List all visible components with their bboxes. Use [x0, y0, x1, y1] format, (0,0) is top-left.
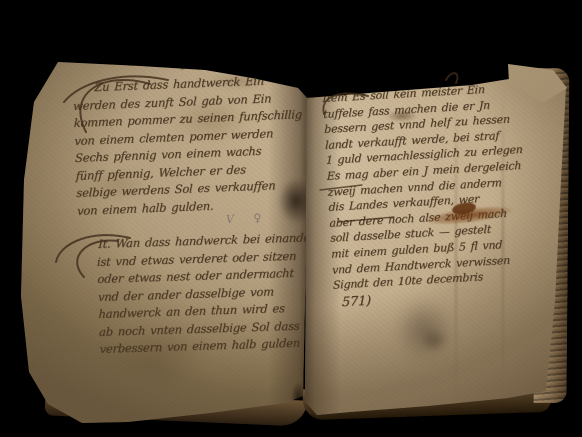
handwritten-line: von einem clemten pomer werden — [74, 124, 303, 150]
handwritten-line: Item Es soll kein meister Ein — [322, 80, 519, 107]
handwritten-line: werden des zunft Sol gab von Ein — [73, 89, 302, 115]
handwritten-line: vnd der ander dasselbige vom — [98, 282, 318, 306]
page-crease — [455, 95, 457, 400]
ink-blob-stain — [451, 201, 477, 216]
handwritten-line: von einem halb gulden. — [77, 194, 306, 220]
handwritten-line: Signdt den 10te decembris — [333, 267, 530, 294]
handwritten-line: fünff pfennig, Welcher er des — [75, 159, 304, 185]
left-page-number: 18. — [180, 60, 197, 73]
handwritten-line: oder etwas nest oder andermacht — [97, 264, 317, 288]
gutter-shadow-left — [268, 78, 308, 412]
handwritten-line: 1 guld vernachlessiglich zu erlegen — [326, 142, 523, 169]
handwritten-line: Es mag aber ein J mein dergeleich — [327, 158, 524, 185]
handwritten-line: aber dere noch alse zweij mach — [329, 205, 526, 232]
handwritten-line: It. Wan dass handwerck bei einander — [82, 229, 316, 254]
page-crease — [502, 90, 504, 390]
handwritten-line: zweij machen vnnd die anderm — [328, 173, 525, 200]
ink-stain — [386, 110, 418, 122]
handwritten-line: ab noch vnten dasselbige Sol dass — [99, 317, 319, 341]
gutter-shadow-right — [305, 84, 341, 420]
parchment-stain — [170, 98, 252, 144]
handwritten-line: ist vnd etwas verderet oder sitzen — [96, 247, 316, 271]
handwritten-line: Zu Erst dass handtwerck Ein — [72, 71, 301, 97]
handwritten-line: landt verkaufft werde, bei straf — [325, 127, 522, 154]
handwritten-line: vnd dem Handtwerck verwissen — [332, 251, 529, 278]
parchment-stain — [208, 73, 270, 89]
manuscript-photo: 18. Zu Erst dass handtwerck Ein werden d… — [0, 0, 582, 437]
parchment-stain — [88, 168, 150, 202]
handwritten-line: soll dasselbe stuck — gestelt — [330, 220, 527, 247]
handwritten-line: dis Landes verkauffen, wer — [328, 189, 525, 216]
handwritten-line: tuffelse fass machen die er Jn — [323, 96, 520, 123]
year-line: 571) — [334, 284, 531, 311]
margin-marks: V ♀ — [226, 211, 270, 226]
handwritten-line: selbige werdens Sol es verkauffen — [76, 176, 305, 202]
smudge-stain — [420, 328, 448, 352]
handwritten-line: bessern gest vnnd helf zu hessen — [324, 111, 521, 138]
handwritten-line: kommen pommer zu seinen funfschillig — [73, 106, 302, 132]
handwritten-line: mit einem gulden buß 5 fl vnd — [331, 236, 528, 263]
handwritten-line: Sechs pfennig von einem wachs — [75, 141, 304, 167]
parchment-stain — [112, 326, 204, 388]
right-page-number: 19 — [445, 68, 460, 82]
right-paragraph: Item Es soll kein meister Ein tuffelse f… — [322, 80, 531, 311]
handwritten-line: verbessern von einem halb gulden — [99, 334, 319, 358]
smudge-stain — [394, 298, 454, 362]
handwritten-line: handwerck an den thun wird es — [98, 299, 318, 323]
ink-smear-stain — [423, 203, 514, 229]
left-paragraph-1: Zu Erst dass handtwerck Ein werden des z… — [72, 71, 306, 220]
left-paragraph-2: It. Wan dass handwerck bei einander ist … — [96, 229, 319, 358]
